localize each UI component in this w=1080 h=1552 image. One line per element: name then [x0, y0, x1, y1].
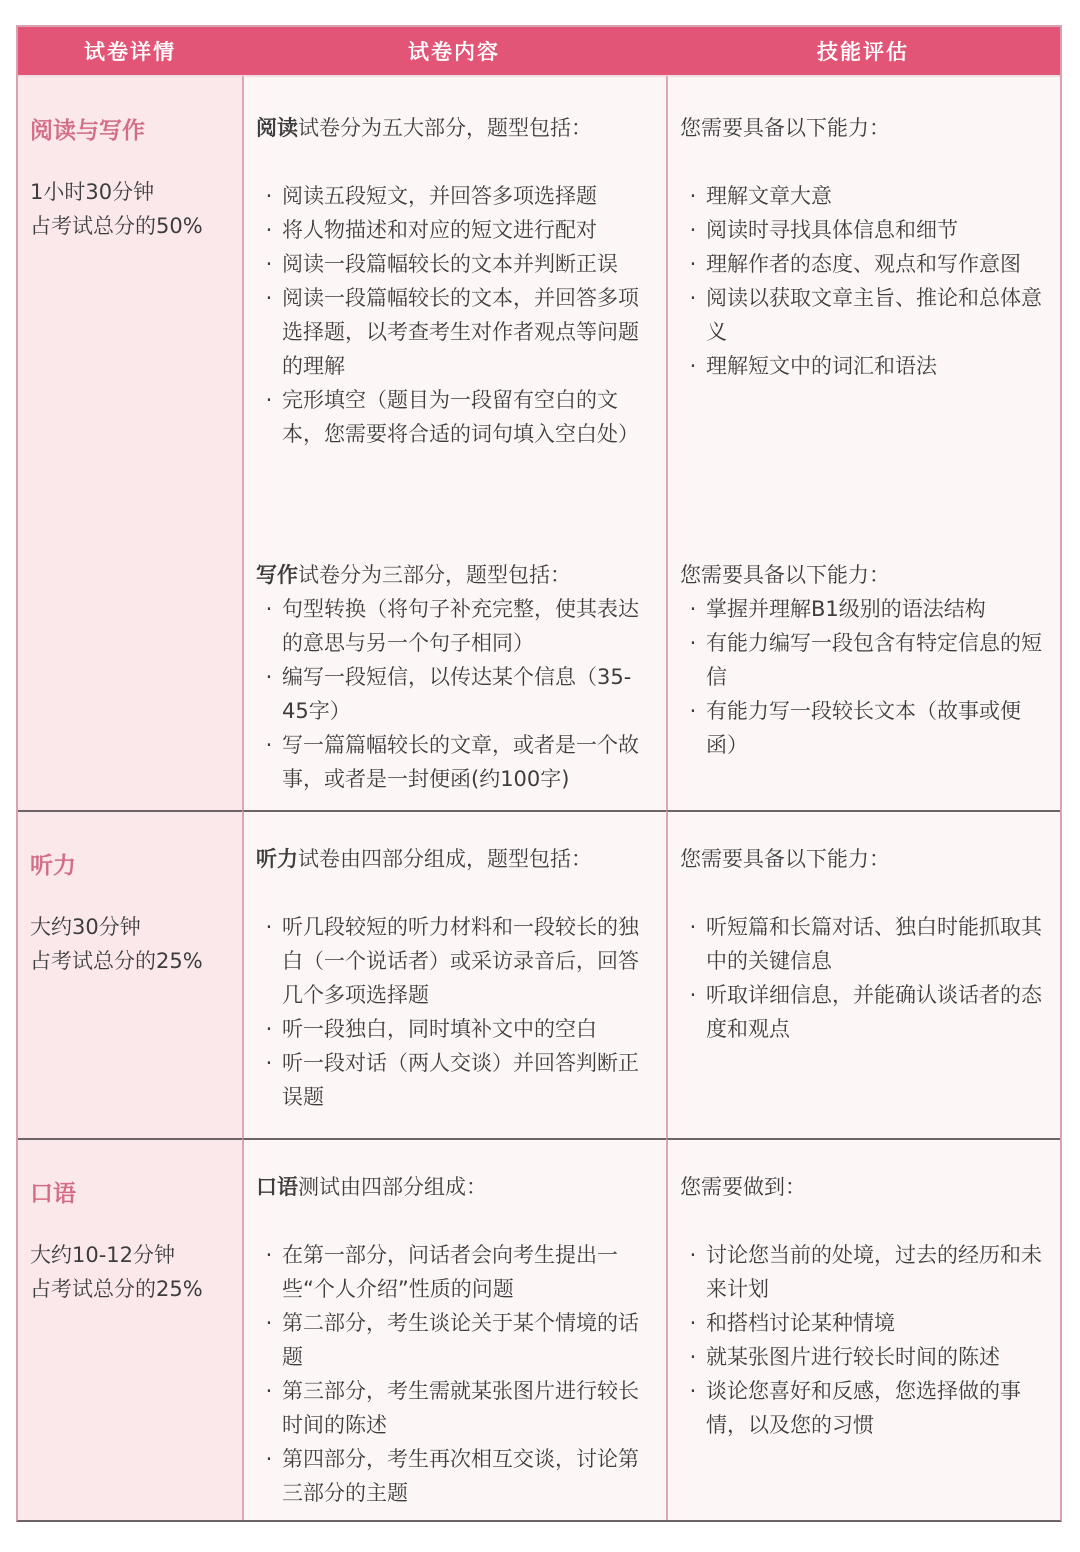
paper-weight: 占考试总分的25%	[30, 944, 230, 978]
header-cell-paper-details: 试卷详情	[18, 27, 242, 75]
bullet-item: ·阅读一段篇幅较长的文本，并回答多项选择题，以考查考生对作者观点等问题的理解	[256, 281, 654, 383]
skills-section-listening: 您需要具备以下能力： ·听短篇和长篇对话、独白时能抓取其中的关键信息 ·听取详细…	[680, 842, 1048, 1046]
bullet-text: 听几段较短的听力材料和一段较长的独白（一个说话者）或采访录音后，回答几个多项选择…	[282, 910, 654, 1012]
skills-section-writing: 您需要具备以下能力： ·掌握并理解B1级别的语法结构 ·有能力编写一段包含有特定…	[680, 558, 1048, 762]
bullet-marker: ·	[680, 1340, 706, 1374]
content-section-listening: 听力试卷由四部分组成，题型包括： ·听几段较短的听力材料和一段较长的独白（一个说…	[256, 842, 654, 1114]
section-intro: 写作试卷分为三部分，题型包括：	[256, 558, 654, 592]
content-section-writing: 写作试卷分为三部分，题型包括： ·句型转换（将句子补充完整，使其表达的意思与另一…	[256, 558, 654, 796]
bullet-text: 有能力写一段较长文本（故事或便函）	[706, 694, 1048, 762]
paper-duration: 大约30分钟	[30, 910, 230, 944]
bullet-text: 听一段对话（两人交谈）并回答判断正误题	[282, 1046, 654, 1114]
skills-cell-speaking: 您需要做到： ·讨论您当前的处境，过去的经历和未来计划 ·和搭档讨论某种情境 ·…	[666, 1138, 1060, 1520]
bullet-item: ·阅读以获取文章主旨、推论和总体意义	[680, 281, 1048, 349]
bullet-marker: ·	[256, 179, 282, 213]
header-cell-skills-assessment: 技能评估	[666, 27, 1060, 75]
bullet-text: 完形填空（题目为一段留有空白的文本，您需要将合适的词句填入空白处）	[282, 383, 654, 451]
paper-title: 口语	[30, 1176, 230, 1212]
skills-cell-listening: 您需要具备以下能力： ·听短篇和长篇对话、独白时能抓取其中的关键信息 ·听取详细…	[666, 810, 1060, 1138]
header-label: 技能评估	[817, 36, 909, 66]
bullet-text: 第二部分，考生谈论关于某个情境的话题	[282, 1306, 654, 1374]
bullet-marker: ·	[680, 626, 706, 694]
content-cell-listening: 听力试卷由四部分组成，题型包括： ·听几段较短的听力材料和一段较长的独白（一个说…	[242, 810, 666, 1138]
bullet-marker: ·	[256, 383, 282, 451]
bullet-marker: ·	[256, 213, 282, 247]
bullet-text: 就某张图片进行较长时间的陈述	[706, 1340, 1048, 1374]
bullet-marker: ·	[256, 1046, 282, 1114]
bullet-item: ·有能力写一段较长文本（故事或便函）	[680, 694, 1048, 762]
section-intro: 您需要做到：	[680, 1170, 1048, 1204]
bullet-text: 理解作者的态度、观点和写作意图	[706, 247, 1048, 281]
bullet-text: 编写一段短信，以传达某个信息（35-45字）	[282, 660, 654, 728]
bullet-text: 第四部分，考生再次相互交谈，讨论第三部分的主题	[282, 1442, 654, 1510]
bullet-marker: ·	[680, 281, 706, 349]
bullet-marker: ·	[256, 1306, 282, 1374]
bullet-item: ·第三部分，考生需就某张图片进行较长时间的陈述	[256, 1374, 654, 1442]
skills-cell-reading-writing: 您需要具备以下能力： ·理解文章大意 ·阅读时寻找具体信息和细节 ·理解作者的态…	[666, 75, 1060, 810]
bullet-text: 有能力编写一段包含有特定信息的短信	[706, 626, 1048, 694]
bullet-marker: ·	[256, 1238, 282, 1306]
bullet-item: ·听一段独白，同时填补文中的空白	[256, 1012, 654, 1046]
bullet-marker: ·	[680, 1238, 706, 1306]
content-cell-reading-writing: 阅读试卷分为五大部分，题型包括： ·阅读五段短文，并回答多项选择题 ·将人物描述…	[242, 75, 666, 810]
bullet-item: ·写一篇篇幅较长的文章，或者是一个故事，或者是一封便函(约100字)	[256, 728, 654, 796]
content-cell-speaking: 口语测试由四部分组成： ·在第一部分，问话者会向考生提出一些“个人介绍”性质的问…	[242, 1138, 666, 1520]
bullet-text: 理解文章大意	[706, 179, 1048, 213]
details-cell-listening: 听力 大约30分钟 占考试总分的25%	[18, 810, 242, 1138]
bullet-item: ·听取详细信息，并能确认谈话者的态度和观点	[680, 978, 1048, 1046]
bullet-item: ·第四部分，考生再次相互交谈，讨论第三部分的主题	[256, 1442, 654, 1510]
bullet-marker: ·	[680, 1306, 706, 1340]
bullet-text: 阅读时寻找具体信息和细节	[706, 213, 1048, 247]
bullet-text: 讨论您当前的处境，过去的经历和未来计划	[706, 1238, 1048, 1306]
header-label: 试卷详情	[84, 36, 176, 66]
bullet-item: ·阅读五段短文，并回答多项选择题	[256, 179, 654, 213]
bullet-item: ·阅读时寻找具体信息和细节	[680, 213, 1048, 247]
bullet-text: 阅读以获取文章主旨、推论和总体意义	[706, 281, 1048, 349]
section-intro: 口语测试由四部分组成：	[256, 1170, 654, 1204]
bullet-marker: ·	[680, 694, 706, 762]
section-intro: 阅读试卷分为五大部分，题型包括：	[256, 111, 654, 145]
section-intro-text: 测试由四部分组成：	[298, 1175, 487, 1199]
bullet-item: ·阅读一段篇幅较长的文本并判断正误	[256, 247, 654, 281]
bullet-item: ·和搭档讨论某种情境	[680, 1306, 1048, 1340]
bullet-marker: ·	[256, 1012, 282, 1046]
bullet-item: ·将人物描述和对应的短文进行配对	[256, 213, 654, 247]
paper-title: 阅读与写作	[30, 113, 230, 149]
bullet-marker: ·	[680, 592, 706, 626]
bullet-text: 阅读一段篇幅较长的文本并判断正误	[282, 247, 654, 281]
bullet-item: ·理解作者的态度、观点和写作意图	[680, 247, 1048, 281]
bullet-marker: ·	[680, 910, 706, 978]
bullet-text: 和搭档讨论某种情境	[706, 1306, 1048, 1340]
bullet-marker: ·	[256, 728, 282, 796]
bullet-text: 谈论您喜好和反感，您选择做的事情，以及您的习惯	[706, 1374, 1048, 1442]
bullet-marker: ·	[680, 1374, 706, 1442]
bullet-item: ·在第一部分，问话者会向考生提出一些“个人介绍”性质的问题	[256, 1238, 654, 1306]
bullet-marker: ·	[256, 247, 282, 281]
bullet-text: 听取详细信息，并能确认谈话者的态度和观点	[706, 978, 1048, 1046]
skills-section-reading: 您需要具备以下能力： ·理解文章大意 ·阅读时寻找具体信息和细节 ·理解作者的态…	[680, 111, 1048, 383]
bullet-text: 句型转换（将句子补充完整，使其表达的意思与另一个句子相同）	[282, 592, 654, 660]
bullet-marker: ·	[256, 910, 282, 1012]
paper-weight: 占考试总分的25%	[30, 1272, 230, 1306]
bullet-text: 在第一部分，问话者会向考生提出一些“个人介绍”性质的问题	[282, 1238, 654, 1306]
section-lead: 口语	[256, 1175, 298, 1199]
details-cell-speaking: 口语 大约10-12分钟 占考试总分的25%	[18, 1138, 242, 1520]
section-intro: 您需要具备以下能力：	[680, 842, 1048, 876]
section-lead: 阅读	[256, 116, 298, 140]
details-cell-reading-writing: 阅读与写作 1小时30分钟 占考试总分的50%	[18, 75, 242, 810]
content-section-speaking: 口语测试由四部分组成： ·在第一部分，问话者会向考生提出一些“个人介绍”性质的问…	[256, 1170, 654, 1510]
section-intro: 您需要具备以下能力：	[680, 111, 1048, 145]
bullet-text: 阅读一段篇幅较长的文本，并回答多项选择题，以考查考生对作者观点等问题的理解	[282, 281, 654, 383]
bullet-marker: ·	[680, 213, 706, 247]
paper-duration: 大约10-12分钟	[30, 1238, 230, 1272]
bullet-marker: ·	[256, 1442, 282, 1510]
paper-title: 听力	[30, 848, 230, 884]
skills-section-speaking: 您需要做到： ·讨论您当前的处境，过去的经历和未来计划 ·和搭档讨论某种情境 ·…	[680, 1170, 1048, 1442]
section-intro: 听力试卷由四部分组成，题型包括：	[256, 842, 654, 876]
section-intro-text: 试卷分为三部分，题型包括：	[298, 563, 571, 587]
bullet-text: 第三部分，考生需就某张图片进行较长时间的陈述	[282, 1374, 654, 1442]
bullet-text: 听短篇和长篇对话、独白时能抓取其中的关键信息	[706, 910, 1048, 978]
bullet-item: ·句型转换（将句子补充完整，使其表达的意思与另一个句子相同）	[256, 592, 654, 660]
header-cell-paper-content: 试卷内容	[242, 27, 666, 75]
bullet-item: ·第二部分，考生谈论关于某个情境的话题	[256, 1306, 654, 1374]
section-intro-text: 试卷由四部分组成，题型包括：	[298, 847, 592, 871]
bullet-text: 理解短文中的词汇和语法	[706, 349, 1048, 383]
bullet-item: ·听一段对话（两人交谈）并回答判断正误题	[256, 1046, 654, 1114]
section-intro-text: 试卷分为五大部分，题型包括：	[298, 116, 592, 140]
exam-structure-table: 试卷详情 试卷内容 技能评估 阅读与写作 1小时30分钟 占考试总分的50% 阅…	[16, 25, 1062, 1522]
bullet-item: ·谈论您喜好和反感，您选择做的事情，以及您的习惯	[680, 1374, 1048, 1442]
bullet-marker: ·	[256, 1374, 282, 1442]
bullet-marker: ·	[680, 349, 706, 383]
bullet-item: ·理解文章大意	[680, 179, 1048, 213]
bullet-item: ·听几段较短的听力材料和一段较长的独白（一个说话者）或采访录音后，回答几个多项选…	[256, 910, 654, 1012]
bullet-item: ·编写一段短信，以传达某个信息（35-45字）	[256, 660, 654, 728]
paper-duration: 1小时30分钟	[30, 175, 230, 209]
paper-weight: 占考试总分的50%	[30, 209, 230, 243]
bullet-marker: ·	[680, 978, 706, 1046]
bullet-text: 将人物描述和对应的短文进行配对	[282, 213, 654, 247]
bullet-item: ·听短篇和长篇对话、独白时能抓取其中的关键信息	[680, 910, 1048, 978]
bullet-marker: ·	[256, 592, 282, 660]
bullet-marker: ·	[256, 660, 282, 728]
bullet-item: ·完形填空（题目为一段留有空白的文本，您需要将合适的词句填入空白处）	[256, 383, 654, 451]
bullet-marker: ·	[680, 179, 706, 213]
bullet-marker: ·	[680, 247, 706, 281]
section-lead: 写作	[256, 563, 298, 587]
bullet-item: ·就某张图片进行较长时间的陈述	[680, 1340, 1048, 1374]
section-lead: 听力	[256, 847, 298, 871]
content-section-reading: 阅读试卷分为五大部分，题型包括： ·阅读五段短文，并回答多项选择题 ·将人物描述…	[256, 111, 654, 451]
bullet-text: 听一段独白，同时填补文中的空白	[282, 1012, 654, 1046]
bullet-text: 阅读五段短文，并回答多项选择题	[282, 179, 654, 213]
section-intro: 您需要具备以下能力：	[680, 558, 1048, 592]
bullet-text: 写一篇篇幅较长的文章，或者是一个故事，或者是一封便函(约100字)	[282, 728, 654, 796]
bullet-marker: ·	[256, 281, 282, 383]
bullet-item: ·有能力编写一段包含有特定信息的短信	[680, 626, 1048, 694]
bullet-item: ·理解短文中的词汇和语法	[680, 349, 1048, 383]
header-label: 试卷内容	[408, 36, 500, 66]
bullet-item: ·掌握并理解B1级别的语法结构	[680, 592, 1048, 626]
bullet-item: ·讨论您当前的处境，过去的经历和未来计划	[680, 1238, 1048, 1306]
bullet-text: 掌握并理解B1级别的语法结构	[706, 592, 1048, 626]
